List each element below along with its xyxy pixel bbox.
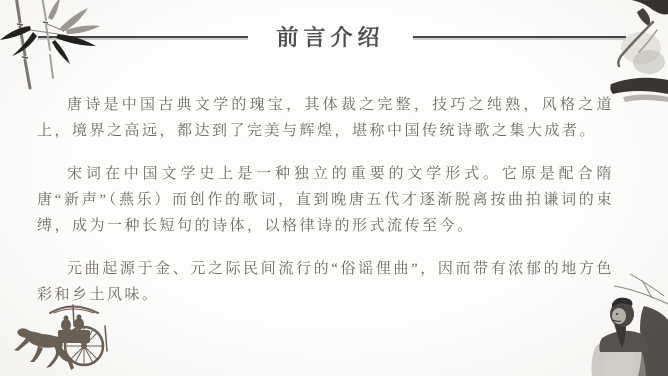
paragraph-songci: 宋词在中国文学史上是一种独立的重要的文学形式。它原是配合隋唐“新声”（燕乐）而创… xyxy=(37,161,614,239)
horse-silhouette xyxy=(14,328,74,370)
title-band: 前言介绍 xyxy=(0,0,668,60)
page-title: 前言介绍 xyxy=(248,22,413,54)
body-text-block: 唐诗是中国古典文学的瑰宝，其体裁之完整，技巧之纯熟，风格之道上，境界之高远，都达… xyxy=(37,92,614,325)
presentation-slide: 前言介绍 唐诗是中国古典文学的瑰宝，其体裁之完整，技巧之纯熟，风格之道上，境界之… xyxy=(0,0,668,376)
paragraph-yuanqu: 元曲起源于金、元之际民间流行的“俗谣俚曲”，因而带有浓郁的地方色彩和乡土风味。 xyxy=(37,256,614,308)
title-rule-left xyxy=(38,36,248,38)
paragraph-tangshi: 唐诗是中国古典文学的瑰宝，其体裁之完整，技巧之纯熟，风格之道上，境界之高远，都达… xyxy=(37,92,614,144)
title-rule-right xyxy=(413,36,626,38)
